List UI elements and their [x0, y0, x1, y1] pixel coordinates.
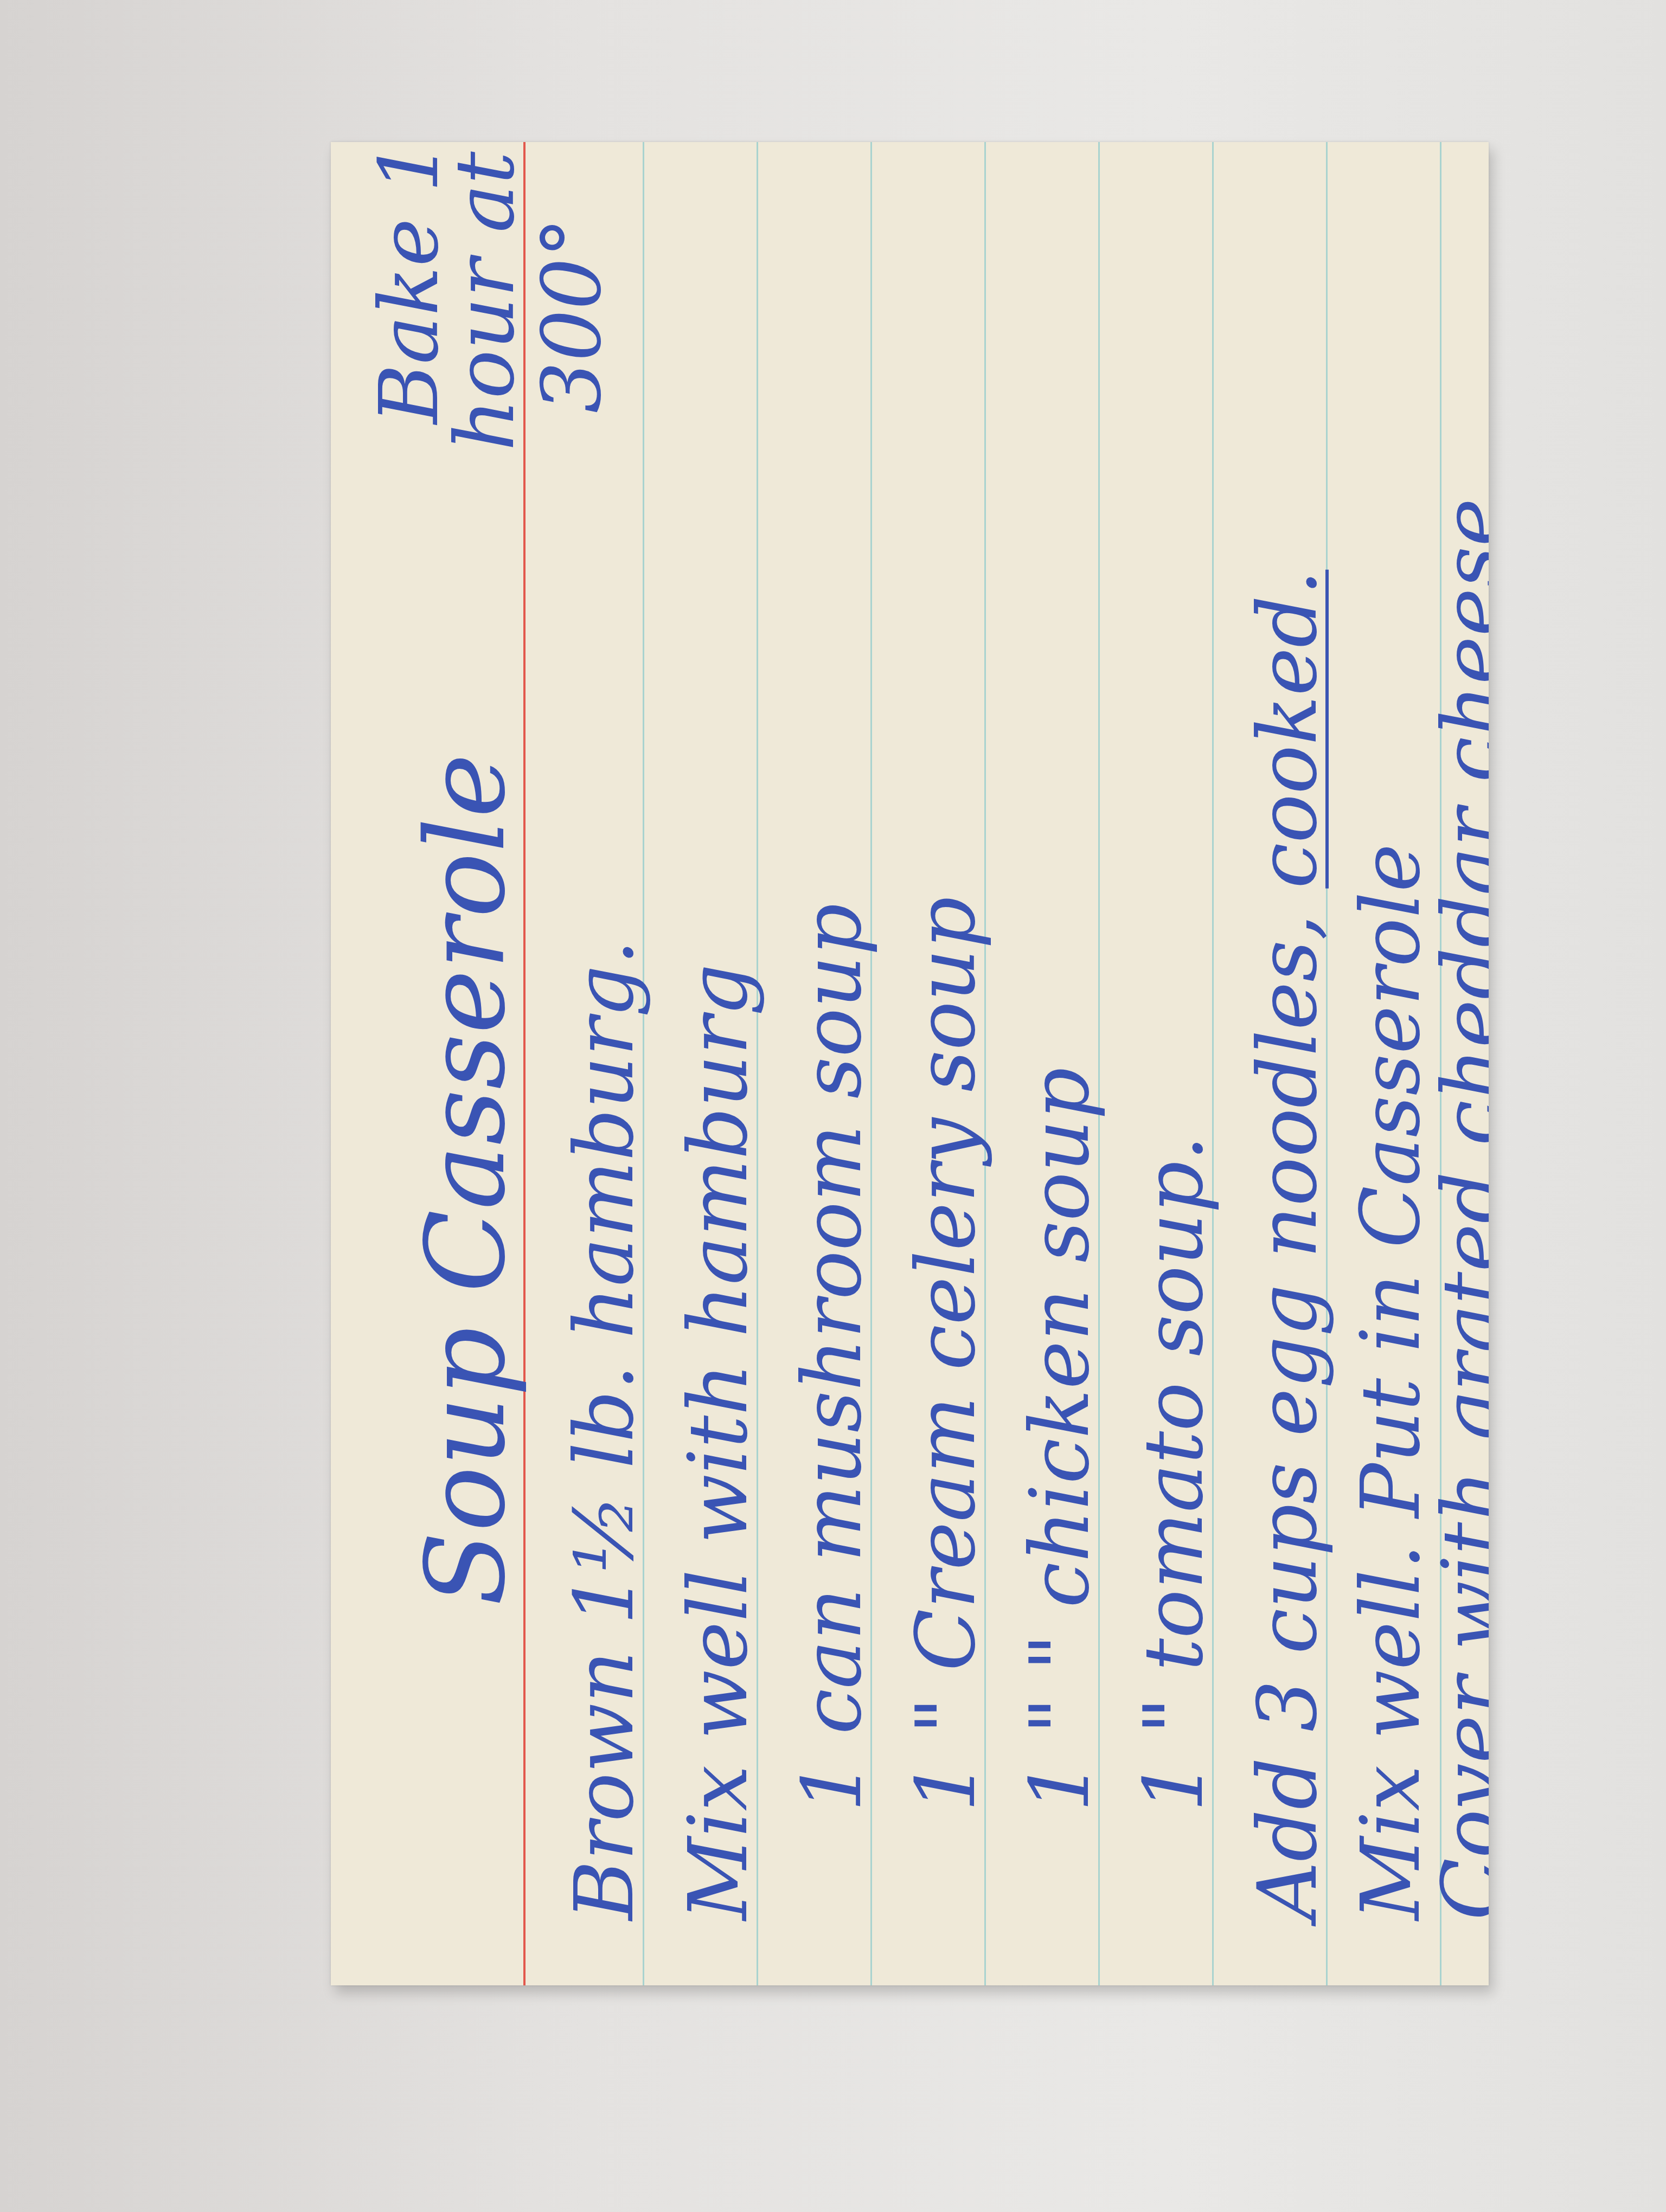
- bake-note-line2: hour at: [445, 151, 526, 451]
- recipe-line-1: Brown 1½ lb. hamburg.: [564, 940, 645, 1920]
- recipe-line-5: 1 " " chicken soup: [1020, 1068, 1101, 1812]
- recipe-line-3: 1 can mushroom soup: [792, 904, 873, 1812]
- recipe-index-card: Soup Casserole Bake 1 hour at 300° Brown…: [331, 142, 1489, 1985]
- recipe-line-4: 1 " Cream celery soup: [906, 897, 987, 1812]
- recipe-line-8: Mix well. Put in Casserole: [1350, 844, 1432, 1920]
- recipe-title: Soup Casserole: [412, 754, 521, 1606]
- recipe-line-6: 1 " tomato soup.: [1133, 1135, 1215, 1812]
- card-text-area: Soup Casserole Bake 1 hour at 300° Brown…: [331, 142, 1489, 1985]
- recipe-line-7: Add 3 cups egg noodles, cooked.: [1247, 570, 1329, 1920]
- recipe-line-9: Cover with grated cheddar cheese: [1432, 498, 1489, 1920]
- bake-temperature: 300°: [531, 217, 613, 413]
- recipe-line-2: Mix well with hamburg: [678, 964, 759, 1920]
- underlined-cooked: cooked.: [1241, 570, 1335, 889]
- recipe-line-7-text: Add 3 cups egg noodles,: [1241, 889, 1335, 1920]
